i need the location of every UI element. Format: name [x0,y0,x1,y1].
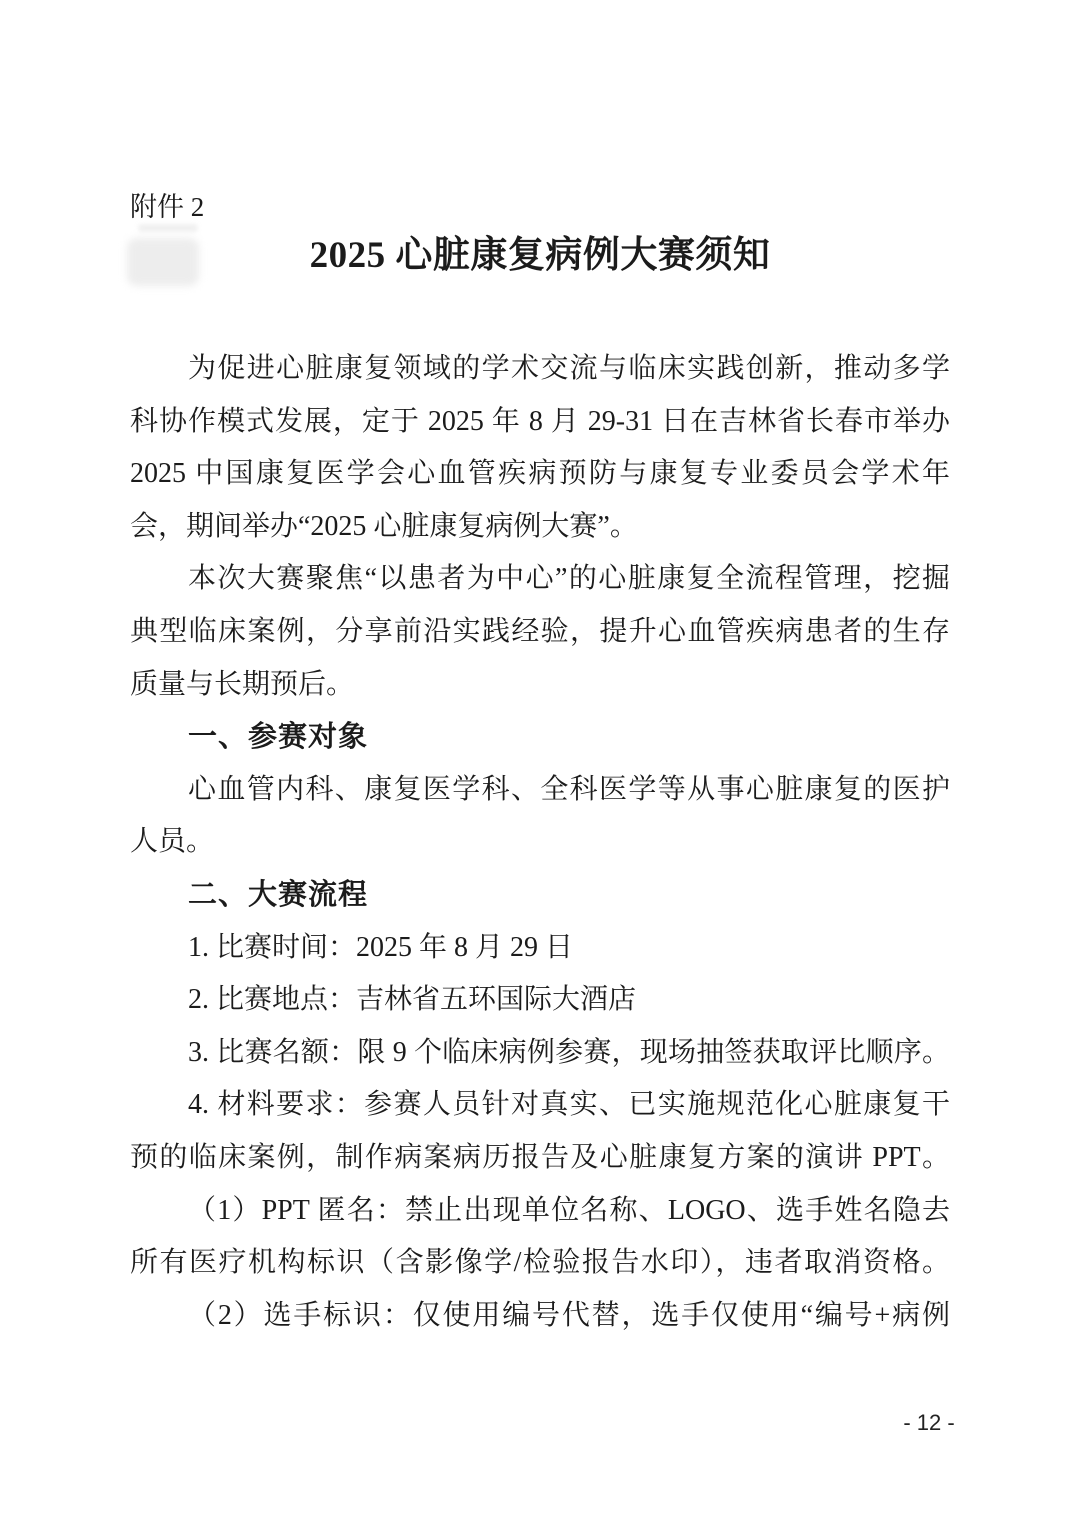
document-body: 为促进心脏康复领域的学术交流与临床实践创新，推动多学科协作模式发展，定于 202… [130,343,950,1342]
text-line: （1）PPT 匿名：禁止出现单位名称、LOGO、选手姓名隐去 [130,1185,950,1238]
document-title: 2025 心脏康复病例大赛须知 [130,231,950,281]
text-line: 2025 中国康复医学会心血管疾病预防与康复专业委员会学术年 [130,448,950,501]
text-line: 2. 比赛地点：吉林省五环国际大酒店 [130,974,950,1027]
text-line: 典型临床案例，分享前沿实践经验，提升心血管疾病患者的生存 [130,606,950,659]
text-line: 3. 比赛名额：限 9 个临床病例参赛，现场抽签获取评比顺序。 [130,1027,950,1080]
attachment-label: 附件 2 [130,190,204,224]
text-line: 质量与长期预后。 [130,659,950,712]
text-line: 预的临床案例，制作病案病历报告及心脏康复方案的演讲 PPT。 [130,1132,950,1185]
text-line: 会，期间举办“2025 心脏康复病例大赛”。 [130,501,950,554]
page-number: - 12 - [879,1410,979,1436]
text-line: 科协作模式发展，定于 2025 年 8 月 29-31 日在吉林省长春市举办 [130,396,950,449]
text-line: （2）选手标识：仅使用编号代替，选手仅使用“编号+病例 [130,1290,950,1343]
text-line: 本次大赛聚焦“以患者为中心”的心脏康复全流程管理，挖掘 [130,553,950,606]
document-page: 附件 2 2025 心脏康复病例大赛须知 为促进心脏康复领域的学术交流与临床实践… [0,0,1080,1527]
section-heading: 一、参赛对象 [130,711,950,764]
text-line: 1. 比赛时间：2025 年 8 月 29 日 [130,922,950,975]
section-heading: 二、大赛流程 [130,869,950,922]
text-line: 所有医疗机构标识（含影像学/检验报告水印），违者取消资格。 [130,1237,950,1290]
text-line: 4. 材料要求：参赛人员针对真实、已实施规范化心脏康复干 [130,1079,950,1132]
text-line: 为促进心脏康复领域的学术交流与临床实践创新，推动多学 [130,343,950,396]
text-line: 人员。 [130,816,950,869]
text-line: 心血管内科、康复医学科、全科医学等从事心脏康复的医护 [130,764,950,817]
